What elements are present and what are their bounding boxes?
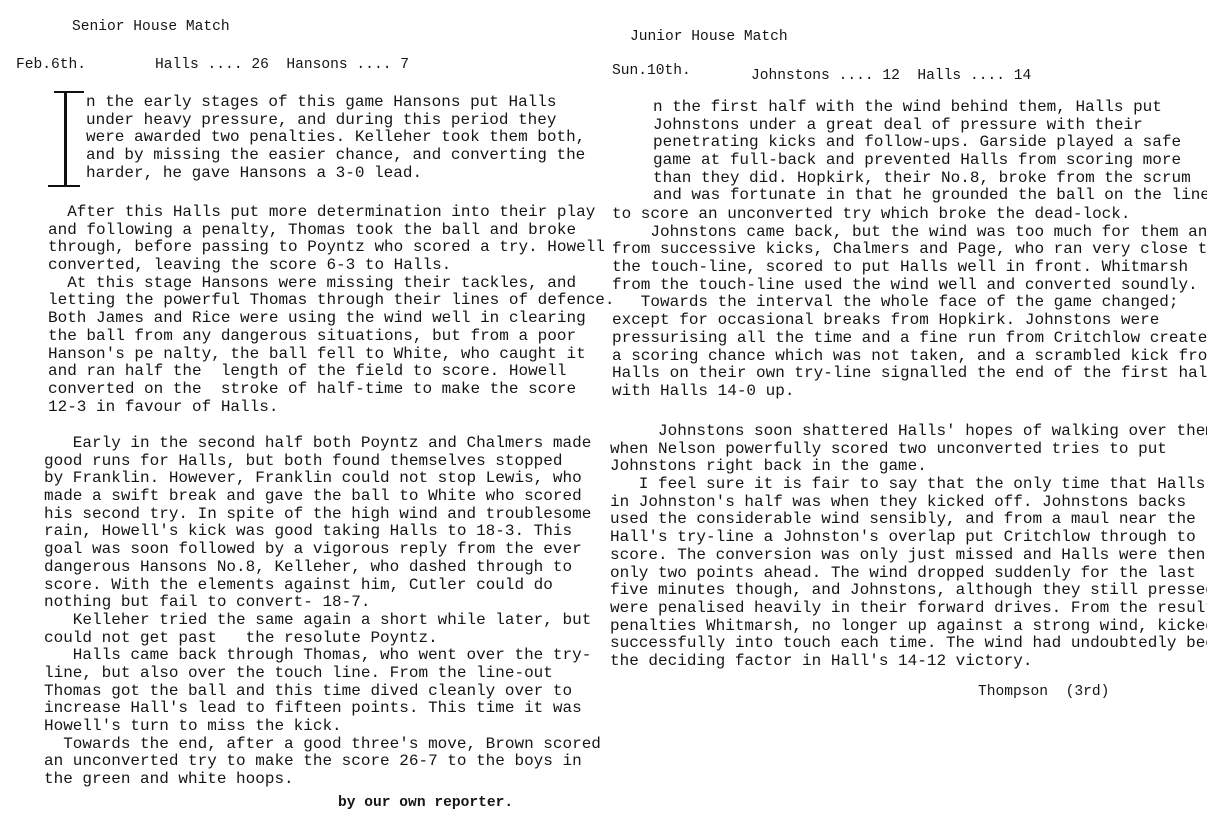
- text-line: through, before passing to Poyntz who sc…: [48, 238, 615, 256]
- text-line: Both James and Rice were using the wind …: [48, 309, 615, 327]
- text-line: Johnstons right back in the game.: [610, 457, 1207, 475]
- dropcap-letter-i: [48, 91, 88, 187]
- text-line: five minutes though, and Johnstons, alth…: [610, 581, 1207, 599]
- text-line: an unconverted try to make the score 26-…: [44, 752, 601, 770]
- text-line: Johnstons came back, but the wind was to…: [612, 223, 1207, 241]
- text-line: the green and white hoops.: [44, 770, 601, 788]
- text-line: Hall's try-line a Johnston's overlap put…: [610, 528, 1207, 546]
- text-line: increase Hall's lead to fifteen points. …: [44, 699, 601, 717]
- text-line: only two points ahead. The wind dropped …: [610, 564, 1207, 582]
- text-line: and ran half the length of the field to …: [48, 362, 615, 380]
- text-line: Howell's turn to miss the kick.: [44, 717, 601, 735]
- junior-second-half-text: Johnstons soon shattered Halls' hopes of…: [610, 422, 1207, 670]
- text-line: harder, he gave Hansons a 3-0 lead.: [86, 164, 585, 182]
- text-line: in Johnston's half was when they kicked …: [610, 493, 1207, 511]
- text-line: At this stage Hansons were missing their…: [48, 274, 615, 292]
- text-line: when Nelson powerfully scored two unconv…: [610, 440, 1207, 458]
- senior-match-date: Feb.6th.: [16, 57, 86, 73]
- text-line: were awarded two penalties. Kelleher too…: [86, 128, 585, 146]
- text-line: rain, Howell's kick was good taking Hall…: [44, 522, 601, 540]
- senior-byline: by our own reporter.: [338, 795, 513, 811]
- text-line: Towards the interval the whole face of t…: [612, 293, 1207, 311]
- text-line: could not get past the resolute Poyntz.: [44, 629, 601, 647]
- junior-match-heading: Junior House Match: [630, 29, 788, 45]
- text-line: his second try. In spite of the high win…: [44, 505, 601, 523]
- junior-match-date: Sun.10th.: [612, 63, 691, 79]
- text-line: than they did. Hopkirk, their No.8, brok…: [653, 169, 1207, 187]
- text-line: 12-3 in favour of Halls.: [48, 398, 615, 416]
- text-line: the touch-line, scored to put Halls well…: [612, 258, 1207, 276]
- text-line: pressurising all the time and a fine run…: [612, 329, 1207, 347]
- text-line: with Halls 14-0 up.: [612, 382, 1207, 400]
- text-line: game at full-back and prevented Halls fr…: [653, 151, 1207, 169]
- text-line: Johnstons soon shattered Halls' hopes of…: [610, 422, 1207, 440]
- junior-intro-paragraph: n the first half with the wind behind th…: [653, 98, 1207, 204]
- senior-match-score: Halls .... 26 Hansons .... 7: [155, 57, 409, 73]
- text-line: successfully into touch each time. The w…: [610, 634, 1207, 652]
- text-line: to score an unconverted try which broke …: [612, 205, 1207, 223]
- text-line: a scoring chance which was not taken, an…: [612, 347, 1207, 365]
- text-line: Halls on their own try-line signalled th…: [612, 364, 1207, 382]
- junior-byline: Thompson (3rd): [978, 684, 1109, 700]
- text-line: Towards the end, after a good three's mo…: [44, 735, 601, 753]
- text-line: dangerous Hansons No.8, Kelleher, who da…: [44, 558, 601, 576]
- senior-first-half-text: After this Halls put more determination …: [48, 203, 615, 415]
- text-line: the ball from any dangerous situations, …: [48, 327, 615, 345]
- scanned-newsletter-page: Senior House Match Feb.6th. Halls .... 2…: [0, 0, 1207, 825]
- text-line: score. The conversion was only just miss…: [610, 546, 1207, 564]
- text-line: from successive kicks, Chalmers and Page…: [612, 240, 1207, 258]
- text-line: goal was soon followed by a vigorous rep…: [44, 540, 601, 558]
- text-line: Johnstons under a great deal of pressure…: [653, 116, 1207, 134]
- junior-first-half-text: to score an unconverted try which broke …: [612, 205, 1207, 400]
- text-line: made a swift break and gave the ball to …: [44, 487, 601, 505]
- senior-match-heading: Senior House Match: [72, 19, 230, 35]
- text-line: converted, leaving the score 6-3 to Hall…: [48, 256, 615, 274]
- text-line: Hanson's pe nalty, the ball fell to Whit…: [48, 345, 615, 363]
- text-line: good runs for Halls, but both found them…: [44, 452, 601, 470]
- text-line: letting the powerful Thomas through thei…: [48, 291, 615, 309]
- text-line: and was fortunate in that he grounded th…: [653, 186, 1207, 204]
- text-line: nothing but fail to convert- 18-7.: [44, 593, 601, 611]
- text-line: n the first half with the wind behind th…: [653, 98, 1207, 116]
- text-line: except for occasional breaks from Hopkir…: [612, 311, 1207, 329]
- text-line: under heavy pressure, and during this pe…: [86, 111, 585, 129]
- text-line: penalties Whitmarsh, no longer up agains…: [610, 617, 1207, 635]
- text-line: score. With the elements against him, Cu…: [44, 576, 601, 594]
- text-line: After this Halls put more determination …: [48, 203, 615, 221]
- text-line: used the considerable wind sensibly, and…: [610, 510, 1207, 528]
- text-line: from the touch-line used the wind well a…: [612, 276, 1207, 294]
- text-line: penetrating kicks and follow-ups. Garsid…: [653, 133, 1207, 151]
- text-line: the deciding factor in Hall's 14-12 vict…: [610, 652, 1207, 670]
- text-line: n the early stages of this game Hansons …: [86, 93, 585, 111]
- senior-intro-paragraph: n the early stages of this game Hansons …: [86, 93, 585, 181]
- text-line: converted on the stroke of half-time to …: [48, 380, 615, 398]
- text-line: Thomas got the ball and this time dived …: [44, 682, 601, 700]
- text-line: were penalised heavily in their forward …: [610, 599, 1207, 617]
- senior-second-half-text: Early in the second half both Poyntz and…: [44, 434, 601, 788]
- text-line: Halls came back through Thomas, who went…: [44, 646, 601, 664]
- text-line: Early in the second half both Poyntz and…: [44, 434, 601, 452]
- text-line: and by missing the easier chance, and co…: [86, 146, 585, 164]
- text-line: and following a penalty, Thomas took the…: [48, 221, 615, 239]
- text-line: line, but also over the touch line. From…: [44, 664, 601, 682]
- text-line: by Franklin. However, Franklin could not…: [44, 469, 601, 487]
- junior-match-score: Johnstons .... 12 Halls .... 14: [751, 68, 1031, 84]
- text-line: Kelleher tried the same again a short wh…: [44, 611, 601, 629]
- text-line: I feel sure it is fair to say that the o…: [610, 475, 1207, 493]
